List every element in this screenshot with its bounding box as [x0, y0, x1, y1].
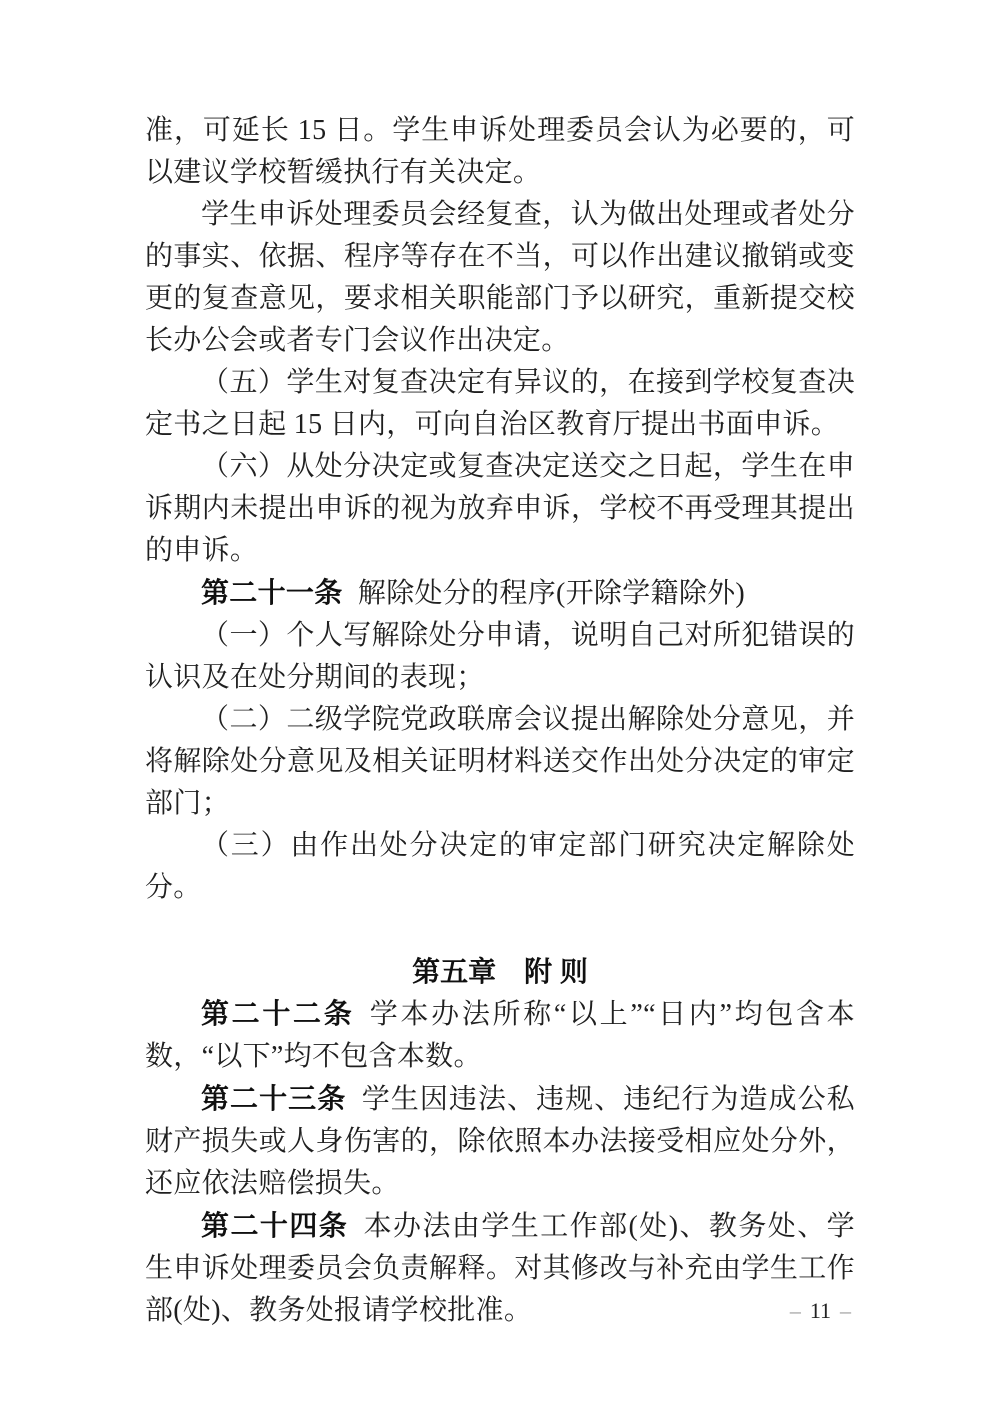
page-number: 11	[810, 1298, 831, 1323]
paragraph-text: （二）二级学院党政联席会议提出解除处分意见，并将解除处分意见及相关证明材料送交作…	[145, 704, 855, 819]
page-number-dash-left: –	[790, 1298, 801, 1323]
article-21-paragraph: 第二十一条解除处分的程序(开除学籍除外)	[145, 572, 855, 615]
page-number-dash-right: –	[840, 1298, 851, 1323]
article-22-number: 第二十二条	[201, 998, 354, 1029]
document-body: 准，可延长 15 日。学生申诉处理委员会认为必要的，可以建议学校暂缓执行有关决定…	[145, 110, 855, 1332]
list-item-3: （三）由作出处分决定的审定部门研究决定解除处分。	[145, 825, 855, 909]
article-23-number: 第二十三条	[201, 1083, 346, 1114]
paragraph-text: 准，可延长 15 日。学生申诉处理委员会认为必要的，可以建议学校暂缓执行有关决定…	[145, 115, 855, 188]
article-23-paragraph: 第二十三条学生因违法、违规、违纪行为造成公私财产损失或人身伤害的，除依照本办法接…	[145, 1078, 855, 1205]
paragraph-text: 解除处分的程序(开除学籍除外)	[358, 578, 745, 609]
paragraph-text: （一）个人写解除处分申请，说明自己对所犯错误的认识及在处分期间的表现；	[145, 620, 855, 693]
article-22-paragraph: 第二十二条学本办法所称“以上”“日内”均包含本数，“以下”均不包含本数。	[145, 993, 855, 1078]
paragraph: 学生申诉处理委员会经复查，认为做出处理或者处分的事实、依据、程序等存在不当，可以…	[145, 194, 855, 362]
list-item-6: （六）从处分决定或复查决定送交之日起，学生在申诉期内未提出申诉的视为放弃申诉，学…	[145, 446, 855, 572]
paragraph-text: 学生申诉处理委员会经复查，认为做出处理或者处分的事实、依据、程序等存在不当，可以…	[145, 199, 855, 356]
paragraph-continuation: 准，可延长 15 日。学生申诉处理委员会认为必要的，可以建议学校暂缓执行有关决定…	[145, 110, 855, 194]
paragraph-text: （三）由作出处分决定的审定部门研究决定解除处分。	[145, 830, 855, 903]
article-21-number: 第二十一条	[201, 577, 343, 608]
list-item-5: （五）学生对复查决定有异议的，在接到学校复查决定书之日起 15 日内，可向自治区…	[145, 362, 855, 446]
paragraph-text: （六）从处分决定或复查决定送交之日起，学生在申诉期内未提出申诉的视为放弃申诉，学…	[145, 451, 855, 566]
list-item-2: （二）二级学院党政联席会议提出解除处分意见，并将解除处分意见及相关证明材料送交作…	[145, 699, 855, 825]
document-page: 准，可延长 15 日。学生申诉处理委员会认为必要的，可以建议学校暂缓执行有关决定…	[0, 0, 1000, 1415]
page-footer: –11–	[145, 1298, 851, 1324]
paragraph-text: （五）学生对复查决定有异议的，在接到学校复查决定书之日起 15 日内，可向自治区…	[145, 367, 855, 440]
list-item-1: （一）个人写解除处分申请，说明自己对所犯错误的认识及在处分期间的表现；	[145, 615, 855, 699]
chapter-5-heading: 第五章 附 则	[145, 951, 855, 993]
article-24-number: 第二十四条	[201, 1210, 348, 1241]
